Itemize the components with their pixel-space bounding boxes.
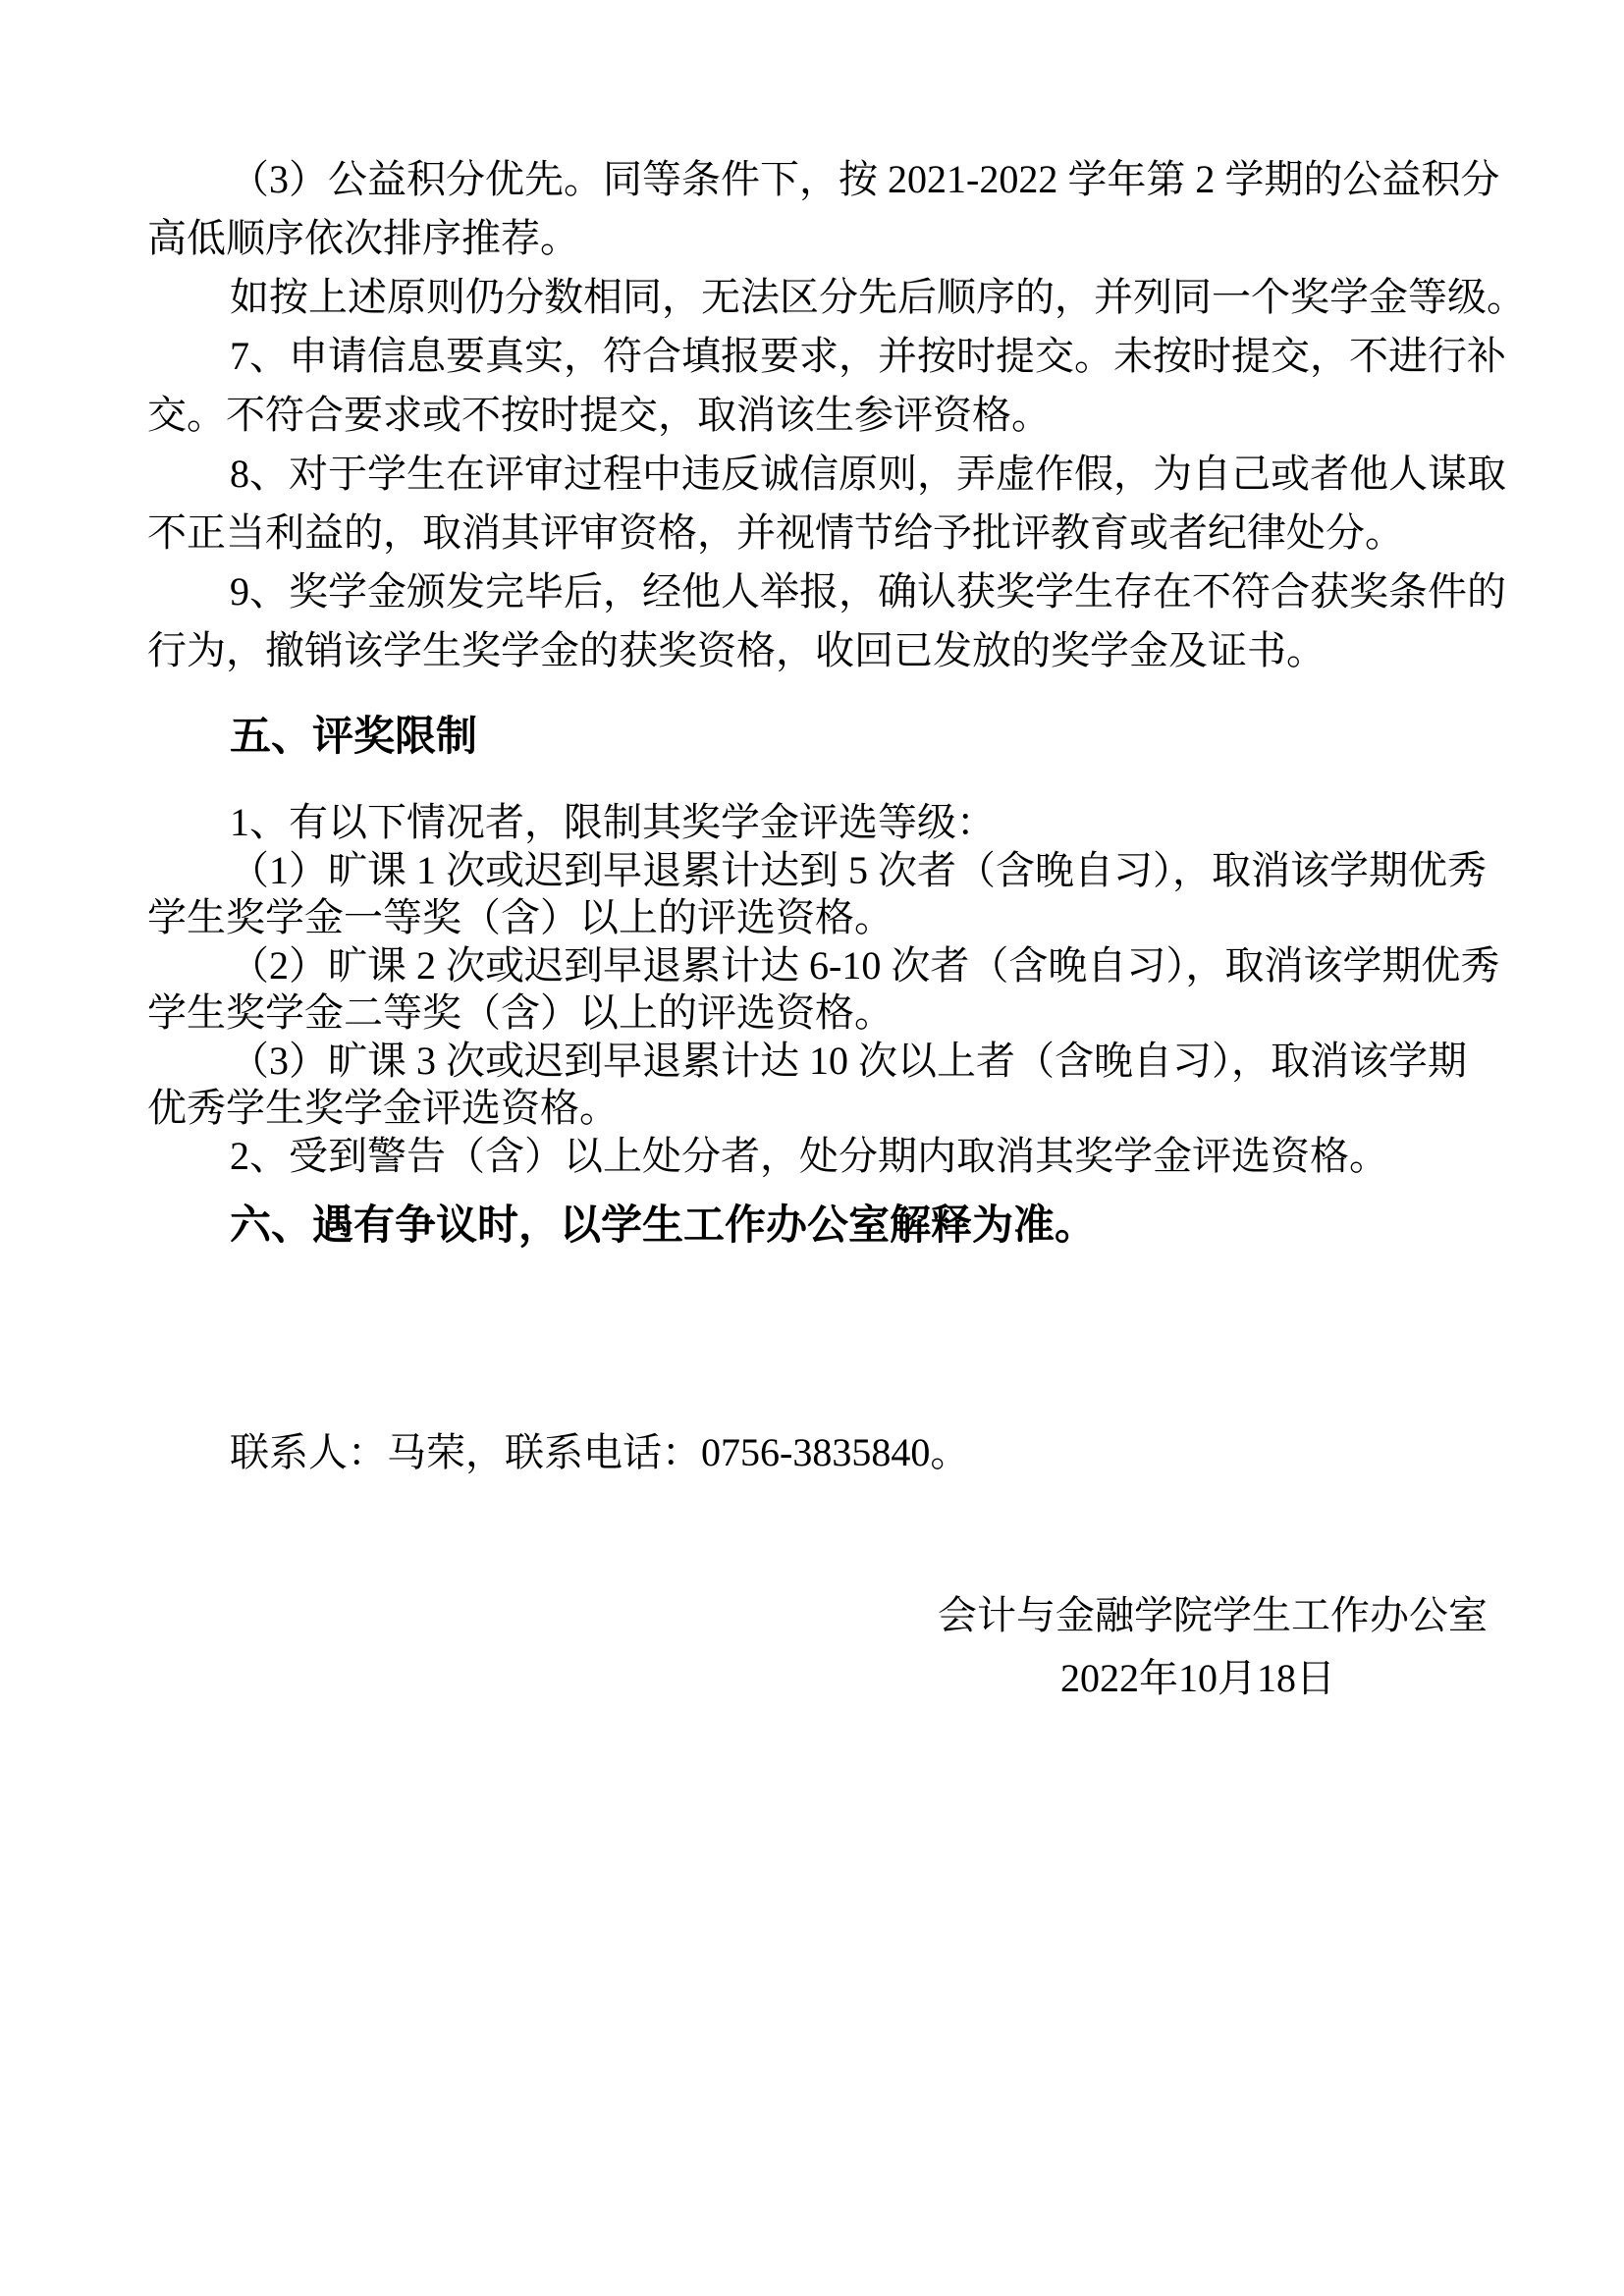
paragraph-rule-8-integrity-violation: 8、对于学生在评审过程中违反诚信原则，弄虚作假，为自己或者他人谋取 不正当利益的…	[147, 445, 1534, 562]
section-heading-6-dispute-interpretation: 六、遇有争议时，以学生工作办公室解释为准。	[147, 1196, 1534, 1255]
paragraph-restriction-intro: 1、有以下情况者，限制其奖学金评选等级：	[147, 799, 1534, 847]
paragraph-tie-breaking-rule: 如按上述原则仍分数相同，无法区分先后顺序的，并列同一个奖学金等级。	[147, 268, 1534, 327]
signature-date: 2022年10月18日	[147, 1647, 1534, 1710]
section-heading-5-award-restrictions: 五、评奖限制	[147, 707, 1534, 766]
section-award-restrictions-body: 1、有以下情况者，限制其奖学金评选等级： （1）旷课 1 次或迟到早退累计达到 …	[147, 799, 1534, 1180]
signature-organization: 会计与金融学院学生工作办公室	[147, 1592, 1534, 1639]
document-page: （3）公益积分优先。同等条件下，按 2021-2022 学年第 2 学期的公益积…	[0, 0, 1624, 2296]
section-rules-continued: （3）公益积分优先。同等条件下，按 2021-2022 学年第 2 学期的公益积…	[147, 150, 1534, 680]
paragraph-restriction-3-absence-over-10-times: （3）旷课 3 次或迟到早退累计达 10 次以上者（含晚自习），取消该学期 优秀…	[147, 1038, 1534, 1133]
paragraph-public-welfare-points-priority: （3）公益积分优先。同等条件下，按 2021-2022 学年第 2 学期的公益积…	[147, 150, 1534, 268]
paragraph-rule-7-application-truthful: 7、申请信息要真实，符合填报要求，并按时提交。未按时提交，不进行补 交。不符合要…	[147, 327, 1534, 445]
paragraph-restriction-warning-discipline: 2、受到警告（含）以上处分者，处分期内取消其奖学金评选资格。	[147, 1133, 1534, 1181]
paragraph-restriction-1-absence-5-times: （1）旷课 1 次或迟到早退累计达到 5 次者（含晚自习），取消该学期优秀 学生…	[147, 847, 1534, 942]
paragraph-restriction-2-absence-6-10-times: （2）旷课 2 次或迟到早退累计达 6-10 次者（含晚自习），取消该学期优秀 …	[147, 942, 1534, 1038]
contact-info-line: 联系人：马荣，联系电话：0756-3835840。	[147, 1429, 1534, 1476]
paragraph-rule-9-award-revocation: 9、奖学金颁发完毕后，经他人举报，确认获奖学生存在不符合获奖条件的 行为，撤销该…	[147, 562, 1534, 680]
